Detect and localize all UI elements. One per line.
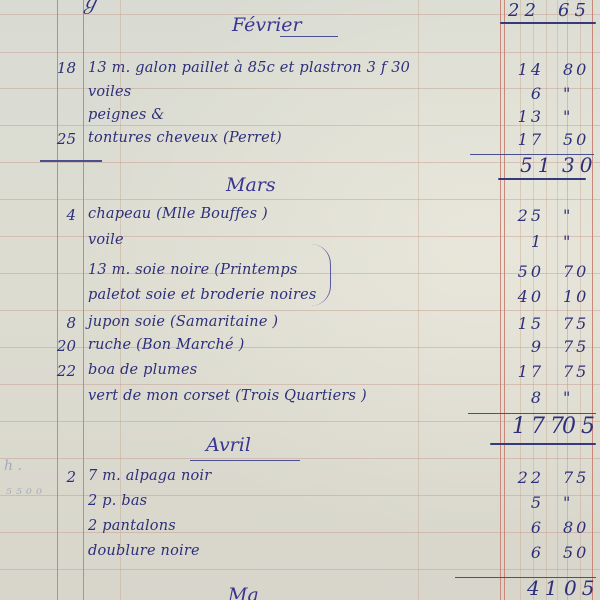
entry-centimes: " (563, 493, 597, 512)
entry-centimes: 50 (563, 130, 597, 149)
entry-day: 4 (54, 206, 76, 224)
entry-centimes: 10 (563, 287, 597, 306)
entry-centimes: 80 (563, 60, 597, 79)
entry-description: doublure noire (88, 543, 200, 559)
month-total-centimes: 05 (562, 414, 600, 439)
entry-centimes: " (563, 206, 597, 225)
entry-francs: 40 (504, 287, 544, 306)
entry-description: 13 m. soie noire (Printemps (88, 262, 297, 278)
entry-francs: 17 (504, 130, 544, 149)
entry-description: voile (88, 232, 124, 248)
entry-centimes: " (563, 84, 597, 103)
entry-francs: 25 (504, 206, 544, 225)
top-flourish: ℊ (80, 0, 100, 15)
entry-centimes: 75 (563, 337, 597, 356)
entry-centimes: 75 (563, 314, 597, 333)
ledger-page: ℊ 22 65 Février 18 13 m. galon paillet à… (0, 0, 600, 600)
entry-description: tontures cheveux (Perret) (88, 130, 282, 146)
entry-description: 13 m. galon paillet à 85c et plastron 3 … (88, 60, 410, 76)
entry-description: ruche (Bon Marché ) (88, 337, 244, 353)
month-total-francs: 51 (520, 153, 555, 177)
entry-description: vert de mon corset (Trois Quartiers ) (88, 388, 367, 404)
entry-francs: 14 (504, 60, 544, 79)
carried-forward-francs: 22 (508, 0, 541, 21)
entry-centimes: 80 (563, 518, 597, 537)
entry-day: 20 (54, 337, 76, 355)
entry-centimes: " (563, 388, 597, 407)
entry-francs: 9 (504, 337, 544, 356)
entry-francs: 17 (504, 362, 544, 381)
entry-centimes: 75 (563, 468, 597, 487)
entry-description: chapeau (Mlle Bouffes ) (88, 206, 268, 222)
entry-francs: 1 (504, 232, 544, 251)
carried-forward-centimes: 65 (558, 0, 591, 21)
entry-francs: 8 (504, 388, 544, 407)
entry-francs: 13 (504, 107, 544, 126)
entry-francs: 6 (504, 518, 544, 537)
entry-francs: 6 (504, 84, 544, 103)
entry-centimes: 75 (563, 362, 597, 381)
entry-francs: 6 (504, 543, 544, 562)
entry-description: peignes & (88, 107, 164, 123)
grouping-brace (300, 244, 331, 306)
entry-francs: 22 (504, 468, 544, 487)
entry-francs: 15 (504, 314, 544, 333)
month-heading: Février (232, 14, 302, 36)
month-total-centimes: 30 (562, 153, 597, 177)
entry-day: 18 (54, 59, 76, 77)
entry-centimes: 70 (563, 262, 597, 281)
entry-day: 22 (54, 362, 76, 380)
entry-centimes: 50 (563, 543, 597, 562)
entry-description: jupon soie (Samaritaine ) (88, 314, 278, 330)
entry-description: boa de plumes (88, 362, 197, 378)
bleed-through-marks: h . (4, 458, 22, 474)
next-month-heading-fragment: Ma (228, 584, 259, 600)
month-heading: Mars (226, 174, 276, 196)
month-total-francs: 177 (512, 414, 569, 439)
month-heading: Avril (206, 434, 251, 456)
total-underline (500, 22, 596, 24)
entry-francs: 5 (504, 493, 544, 512)
entry-day: 25 (54, 130, 76, 148)
entry-description: 2 pantalons (88, 518, 176, 534)
entry-francs: 50 (504, 262, 544, 281)
entry-day: 2 (54, 468, 76, 486)
entry-description: voiles (88, 84, 131, 100)
entry-description: paletot soie et broderie noires (88, 287, 317, 303)
entry-description: 7 m. alpaga noir (88, 468, 211, 484)
entry-centimes: " (563, 232, 597, 251)
month-total-francs: 41 (527, 576, 562, 600)
entry-day: 8 (54, 314, 76, 332)
entry-description: 2 p. bas (88, 493, 147, 509)
month-total-centimes: 05 (564, 576, 599, 600)
entry-centimes: " (563, 107, 597, 126)
